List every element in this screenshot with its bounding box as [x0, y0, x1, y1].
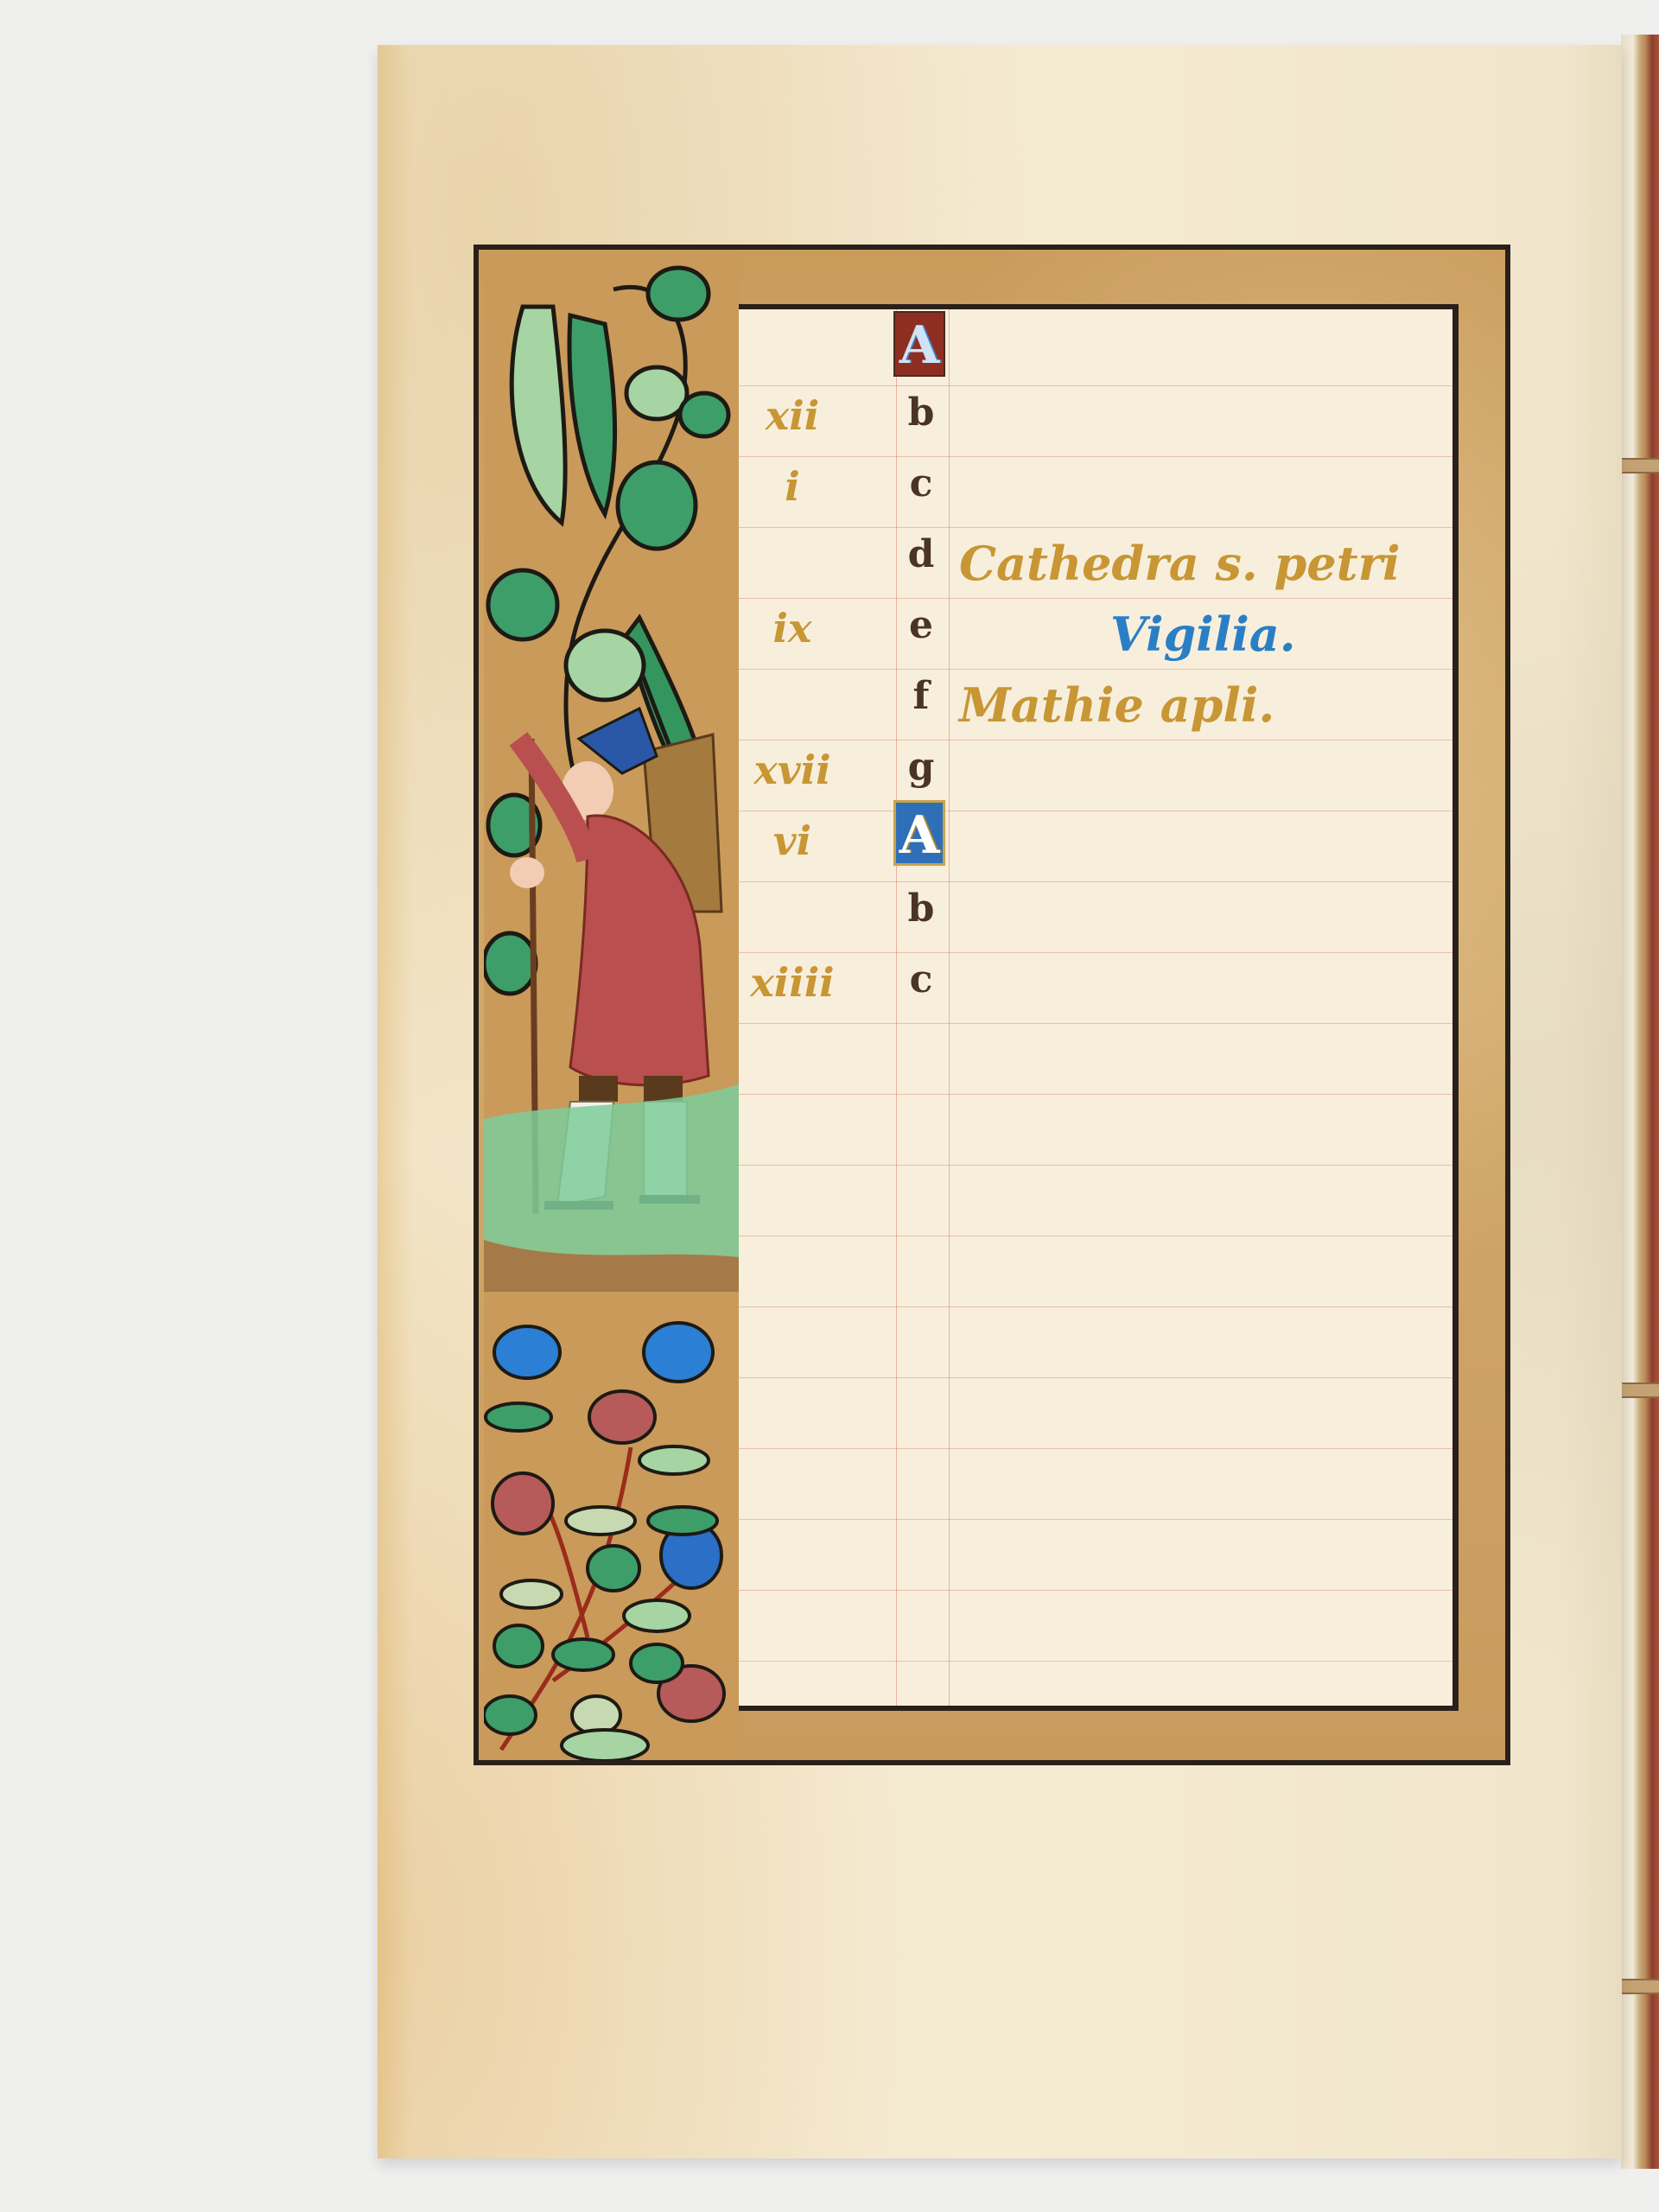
- ruling-line: [739, 740, 1452, 741]
- dominical-letter: f: [895, 674, 947, 718]
- dominical-letter: c: [895, 957, 947, 1001]
- ruling-line: [739, 385, 1452, 386]
- ruling-line: [739, 669, 1452, 670]
- ruling-line: [896, 309, 897, 1706]
- ruling-line: [739, 598, 1452, 599]
- dominical-letter-initial: A: [893, 311, 945, 377]
- feast-entry: Mathie apli.: [959, 677, 1274, 733]
- binding-ornament: [1621, 1382, 1659, 1398]
- golden-number: xii: [741, 392, 844, 439]
- golden-number: xvii: [741, 747, 844, 793]
- golden-number: ix: [741, 605, 844, 652]
- dominical-letter: c: [895, 461, 947, 505]
- ruling-line: [739, 527, 1452, 528]
- ruling-line: [739, 952, 1452, 953]
- ruling-line: [739, 1448, 1452, 1449]
- binding-ornament: [1621, 458, 1659, 474]
- dominical-letter: g: [895, 745, 947, 789]
- dominical-letter-initial: A: [893, 800, 945, 866]
- ruling-line: [739, 1519, 1452, 1520]
- ruling-line: [949, 309, 950, 1706]
- ruling-line: [739, 1661, 1452, 1662]
- dominical-letter: b: [895, 887, 947, 931]
- ruling-line: [739, 1165, 1452, 1166]
- feast-entry: Cathedra s. petri: [959, 536, 1401, 591]
- binding-ornament: [1621, 1979, 1659, 1994]
- illustration-panel: [484, 255, 739, 1760]
- ruling-line: [739, 1023, 1452, 1024]
- ruling-line: [739, 1590, 1452, 1591]
- feast-entry-vigil: Vigilia.: [1110, 607, 1296, 662]
- ruling-line: [739, 456, 1452, 457]
- ruling-line: [739, 1236, 1452, 1236]
- ruling-line: [739, 1306, 1452, 1307]
- golden-number: xiiii: [741, 959, 844, 1006]
- golden-number: vi: [741, 817, 844, 864]
- ruling-line: [739, 881, 1452, 882]
- golden-number: i: [741, 463, 844, 510]
- calendar-text-area: [739, 304, 1459, 1711]
- ruling-line: [739, 810, 1452, 811]
- ruling-line: [739, 1377, 1452, 1378]
- book-binding-edge: [1621, 35, 1659, 2169]
- dominical-letter: b: [895, 391, 947, 435]
- ruling-line: [739, 1094, 1452, 1095]
- dominical-letter: e: [895, 603, 947, 647]
- dominical-letter: d: [895, 532, 947, 576]
